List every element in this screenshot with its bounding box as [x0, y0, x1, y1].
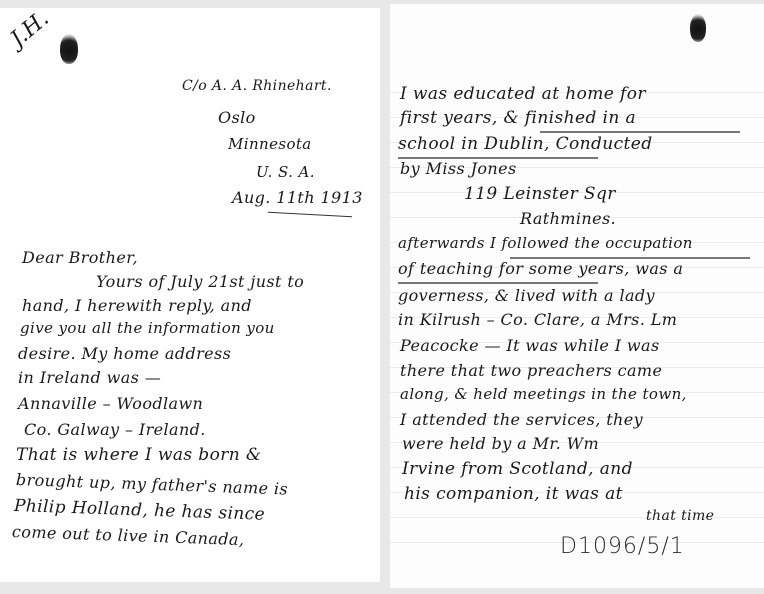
- body-line: were held by a Mr. Wm: [402, 434, 599, 453]
- body-line: come out to live in Canada,: [12, 522, 245, 549]
- body-line: Peacocke — It was while I was: [400, 336, 660, 355]
- body-line: brought up, my father's name is: [16, 470, 289, 498]
- body-line: school in Dublin, Conducted: [398, 134, 653, 154]
- body-line: Yours of July 21st just to: [96, 272, 304, 291]
- body-line: by Miss Jones: [400, 159, 517, 178]
- date-line: Aug. 11th 1913: [232, 188, 363, 207]
- body-line: That is where I was born &: [16, 445, 261, 465]
- salutation: Dear Brother,: [22, 248, 138, 267]
- address-line: U. S. A.: [256, 163, 315, 181]
- body-line: Philip Holland, he has since: [14, 496, 266, 525]
- address-line: Minnesota: [228, 135, 312, 153]
- underline: [398, 282, 598, 284]
- body-line: in Kilrush – Co. Clare, a Mrs. Lm: [398, 310, 677, 329]
- body-line: Irvine from Scotland, and: [402, 459, 633, 479]
- body-line: afterwards I followed the occupation: [398, 234, 693, 252]
- body-line: 119 Leinster Sqr: [464, 184, 616, 204]
- body-line: governess, & lived with a lady: [398, 286, 655, 305]
- body-line: hand, I herewith reply, and: [22, 296, 252, 315]
- body-line: in Ireland was —: [18, 368, 161, 387]
- letter-page-left: J.H. C/o A. A. Rhinehart. Oslo Minnesota…: [0, 8, 380, 582]
- corner-mark: J.H.: [6, 6, 54, 52]
- body-line: I was educated at home for: [400, 84, 646, 104]
- body-line: his companion, it was at: [404, 484, 623, 504]
- ink-blot: [60, 34, 78, 64]
- body-line: there that two preachers came: [400, 361, 662, 380]
- body-line: along, & held meetings in the town,: [400, 385, 687, 403]
- address-line: Oslo: [218, 108, 256, 127]
- body-line: of teaching for some years, was a: [398, 259, 683, 278]
- body-line: Co. Galway – Ireland.: [24, 420, 206, 439]
- body-line: desire. My home address: [18, 344, 231, 363]
- body-line: Rathmines.: [520, 209, 616, 228]
- date-underline: [268, 212, 352, 217]
- archive-reference-stamp: D1096/5/1: [560, 534, 685, 559]
- ink-blot: [690, 14, 706, 42]
- body-line: first years, & finished in a: [400, 108, 636, 128]
- body-line: that time: [646, 508, 714, 524]
- address-line: C/o A. A. Rhinehart.: [182, 78, 332, 94]
- underline: [540, 131, 740, 133]
- letter-page-right: I was educated at home for first years, …: [390, 4, 764, 588]
- body-line: I attended the services, they: [400, 410, 643, 429]
- body-line: Annaville – Woodlawn: [18, 394, 203, 413]
- body-line: give you all the information you: [20, 319, 275, 337]
